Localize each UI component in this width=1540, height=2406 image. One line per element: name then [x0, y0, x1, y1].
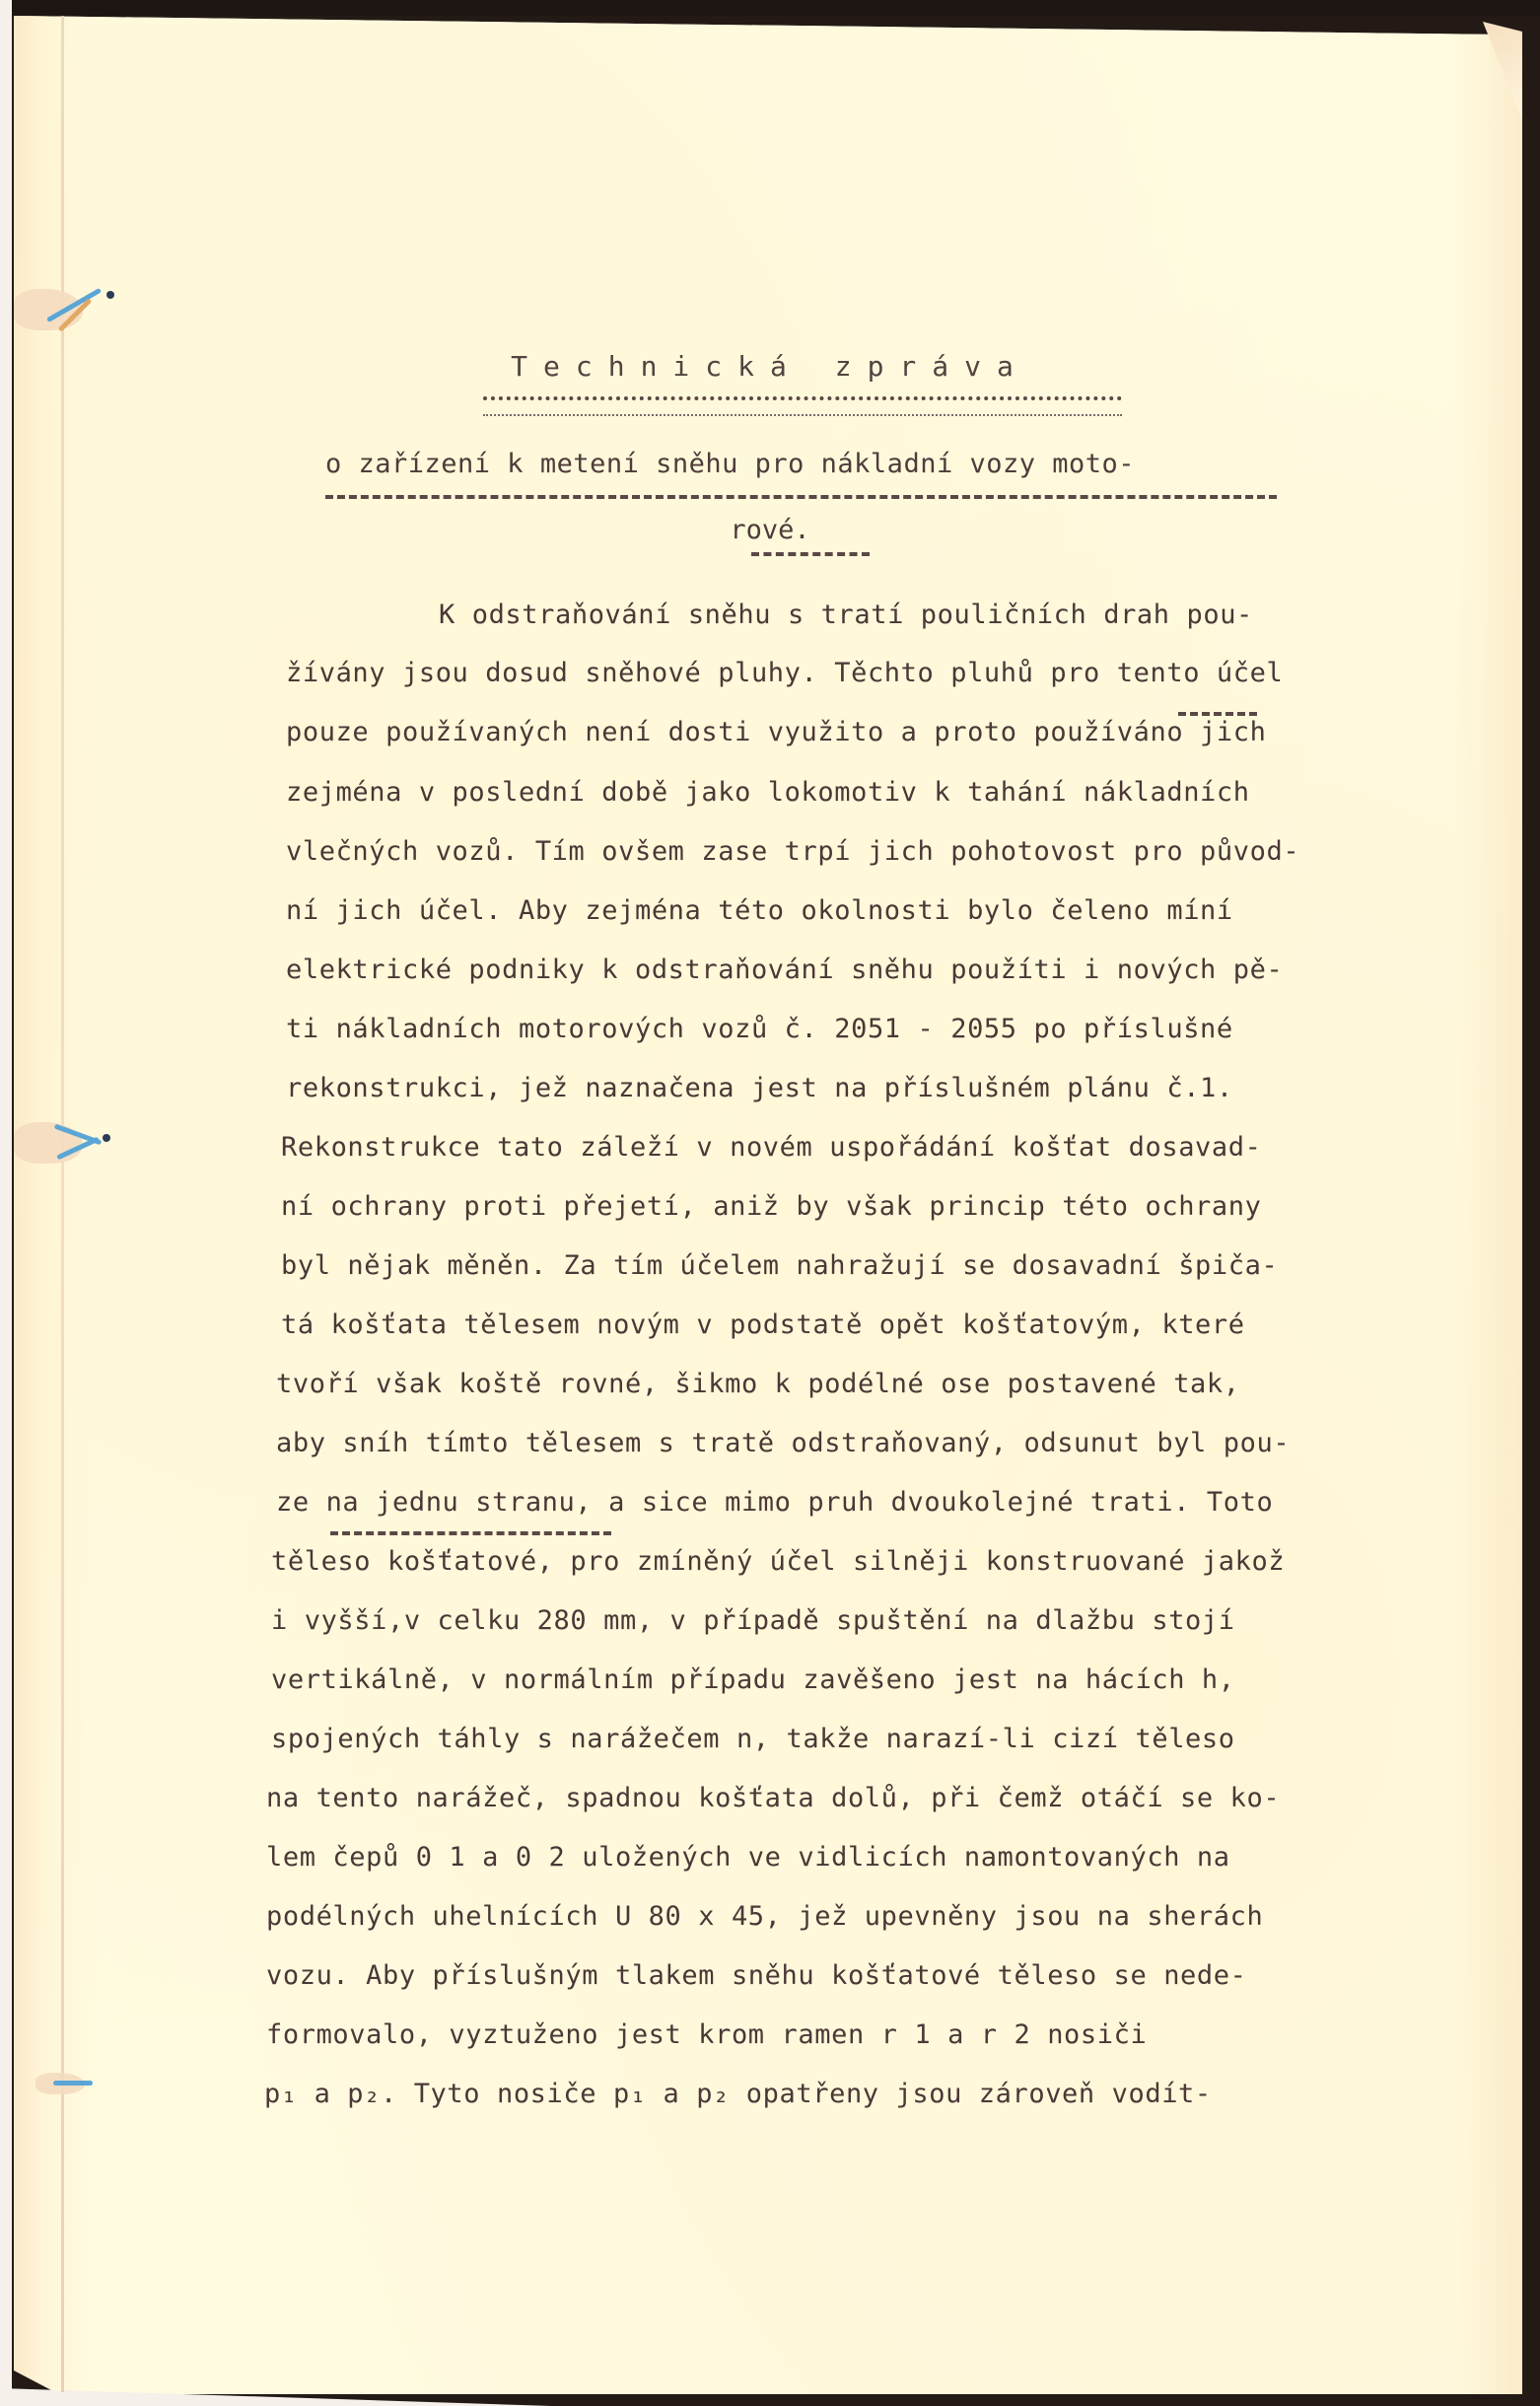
body-line: zejména v poslední době jako lokomotiv k…	[286, 777, 1250, 808]
word-underline	[330, 1531, 611, 1535]
body-line: žívány jsou dosud sněhové pluhy. Těchto …	[286, 658, 1283, 688]
body-line: ní ochrany proti přejetí, aniž by však p…	[281, 1191, 1261, 1222]
body-line: rekonstrukci, jež naznačena jest na přís…	[286, 1073, 1233, 1103]
body-line: vlečných vozů. Tím ovšem zase trpí jich …	[286, 836, 1299, 867]
body-line: ze na jednu stranu, a sice mimo pruh dvo…	[276, 1487, 1273, 1518]
document-subtitle: o zařízení k metení sněhu pro nákladní v…	[325, 449, 1135, 479]
body-line: byl nějak měněn. Za tím účelem nahražují…	[281, 1250, 1278, 1281]
body-line: Rekonstrukce tato záleží v novém uspořád…	[281, 1132, 1261, 1163]
document-title: Technická zpráva	[0, 350, 1540, 383]
body-line: pouze používaných není dosti využito a p…	[286, 717, 1266, 747]
body-line: p₁ a p₂. Tyto nosiče p₁ a p₂ opatřeny js…	[264, 2079, 1212, 2109]
subtitle-continued-underline	[751, 552, 870, 556]
body-line: na tento narážeč, spadnou košťata dolů, …	[266, 1783, 1280, 1813]
body-line: tá košťata tělesem novým v podstatě opět…	[281, 1309, 1245, 1340]
document-subtitle-continued: rové.	[0, 515, 1540, 545]
body-line: lem čepů 0 1 a 0 2 uložených ve vidlicíc…	[266, 1842, 1230, 1873]
body-line: ti nákladních motorových vozů č. 2051 - …	[286, 1014, 1233, 1044]
title-underline	[483, 396, 1122, 416]
body-line: podélných uhelnících U 80 x 45, jež upev…	[266, 1901, 1263, 1932]
body-line: elektrické podniky k odstraňování sněhu …	[286, 955, 1283, 985]
body-line: formovalo, vyztuženo jest krom ramen r 1…	[266, 2019, 1147, 2050]
body-line: spojených táhly s narážečem n, takže nar…	[271, 1724, 1235, 1754]
body-line: tvoří však koště rovné, šikmo k podélné …	[276, 1369, 1240, 1399]
body-line: vozu. Aby příslušným tlakem sněhu košťat…	[266, 1960, 1246, 1991]
scanned-page: Technická zpráva o zařízení k metení sně…	[0, 0, 1540, 2406]
word-underline	[1178, 712, 1257, 716]
body-line: i vyšší,v celku 280 mm, v případě spuště…	[271, 1605, 1235, 1636]
body-line: těleso košťatové, pro zmíněný účel silně…	[271, 1546, 1285, 1577]
body-line: ní jich účel. Aby zejména této okolnosti…	[286, 895, 1233, 926]
body-line: aby sníh tímto tělesem s tratě odstraňov…	[276, 1428, 1290, 1458]
subtitle-underline	[325, 495, 1277, 499]
typewritten-document: Technická zpráva o zařízení k metení sně…	[0, 0, 1540, 2406]
body-line: vertikálně, v normálním případu zavěšeno…	[271, 1664, 1235, 1695]
body-line: K odstraňování sněhu s tratí pouličních …	[439, 600, 1253, 630]
